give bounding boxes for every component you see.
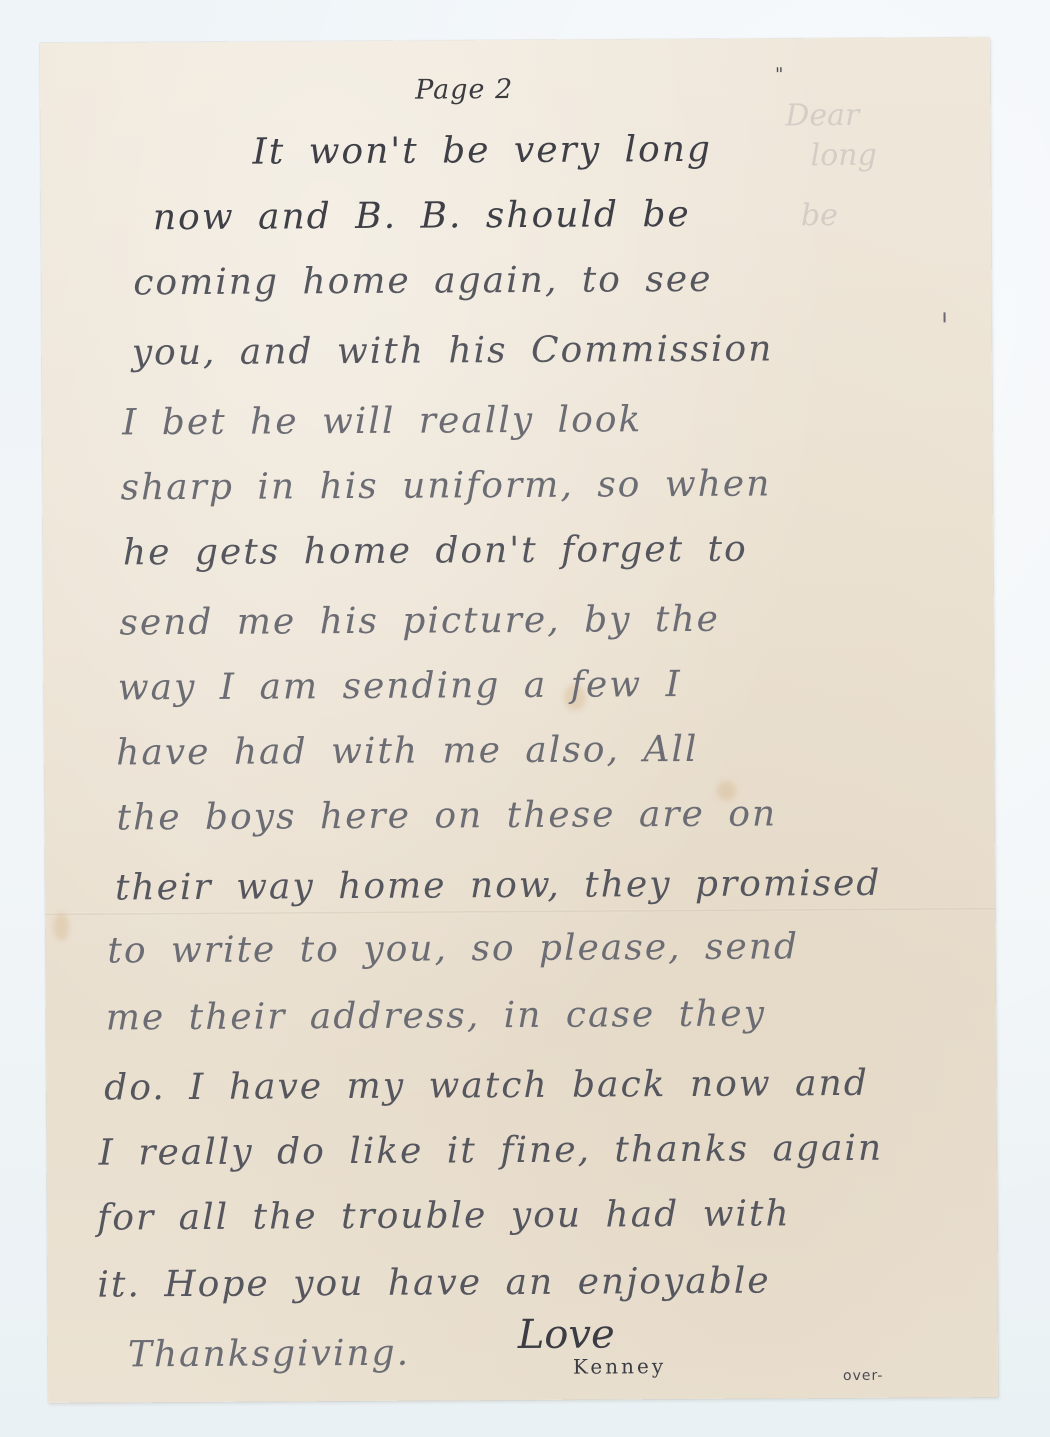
paper-fold-line bbox=[45, 907, 995, 916]
bleed-through-text: be bbox=[801, 198, 838, 233]
letter-closing: Love bbox=[518, 1311, 615, 1358]
letter-line: send me his picture, by the bbox=[119, 599, 720, 644]
bleed-through-text: Dear bbox=[785, 98, 859, 133]
ditto-mark: " bbox=[775, 64, 783, 85]
letter-line: it. Hope you have an enjoyable bbox=[97, 1260, 770, 1305]
letter-line: It won't be very long bbox=[252, 129, 712, 173]
letter-page: Dear long be Page 2 " It won't be very l… bbox=[40, 37, 998, 1403]
letter-line: coming home again, to see bbox=[133, 259, 712, 304]
letter-line: have had with me also, All bbox=[116, 729, 698, 774]
letter-line: for all the trouble you had with bbox=[97, 1193, 791, 1238]
paper-stain bbox=[53, 913, 69, 941]
bleed-through-text: long bbox=[810, 138, 876, 173]
letter-line: now and B. B. should be bbox=[153, 194, 691, 238]
letter-line: their way home now, they promised bbox=[115, 863, 882, 909]
letter-line: me their address, in case they bbox=[106, 993, 766, 1038]
letter-line: to write to you, so please, send bbox=[107, 926, 799, 971]
letter-line: do. I have my watch back now and bbox=[104, 1063, 869, 1109]
letter-line: the boys here on these are on bbox=[116, 793, 777, 838]
letter-line: you, and with his Commission bbox=[132, 328, 774, 373]
page-number-label: Page 2 bbox=[415, 74, 513, 106]
letter-line: he gets home don't forget to bbox=[123, 529, 748, 574]
letter-line: I really do like it fine, thanks again bbox=[99, 1128, 884, 1174]
letter-line: I bet he will really look bbox=[122, 399, 642, 443]
pencil-mark bbox=[944, 312, 946, 322]
letter-signature: Kenney bbox=[573, 1354, 666, 1379]
over-note: over- bbox=[843, 1368, 883, 1384]
letter-line: Thanksgiving. bbox=[128, 1333, 410, 1376]
letter-line: way I am sending a few I bbox=[118, 664, 682, 708]
letter-line: sharp in his uniform, so when bbox=[120, 463, 771, 508]
